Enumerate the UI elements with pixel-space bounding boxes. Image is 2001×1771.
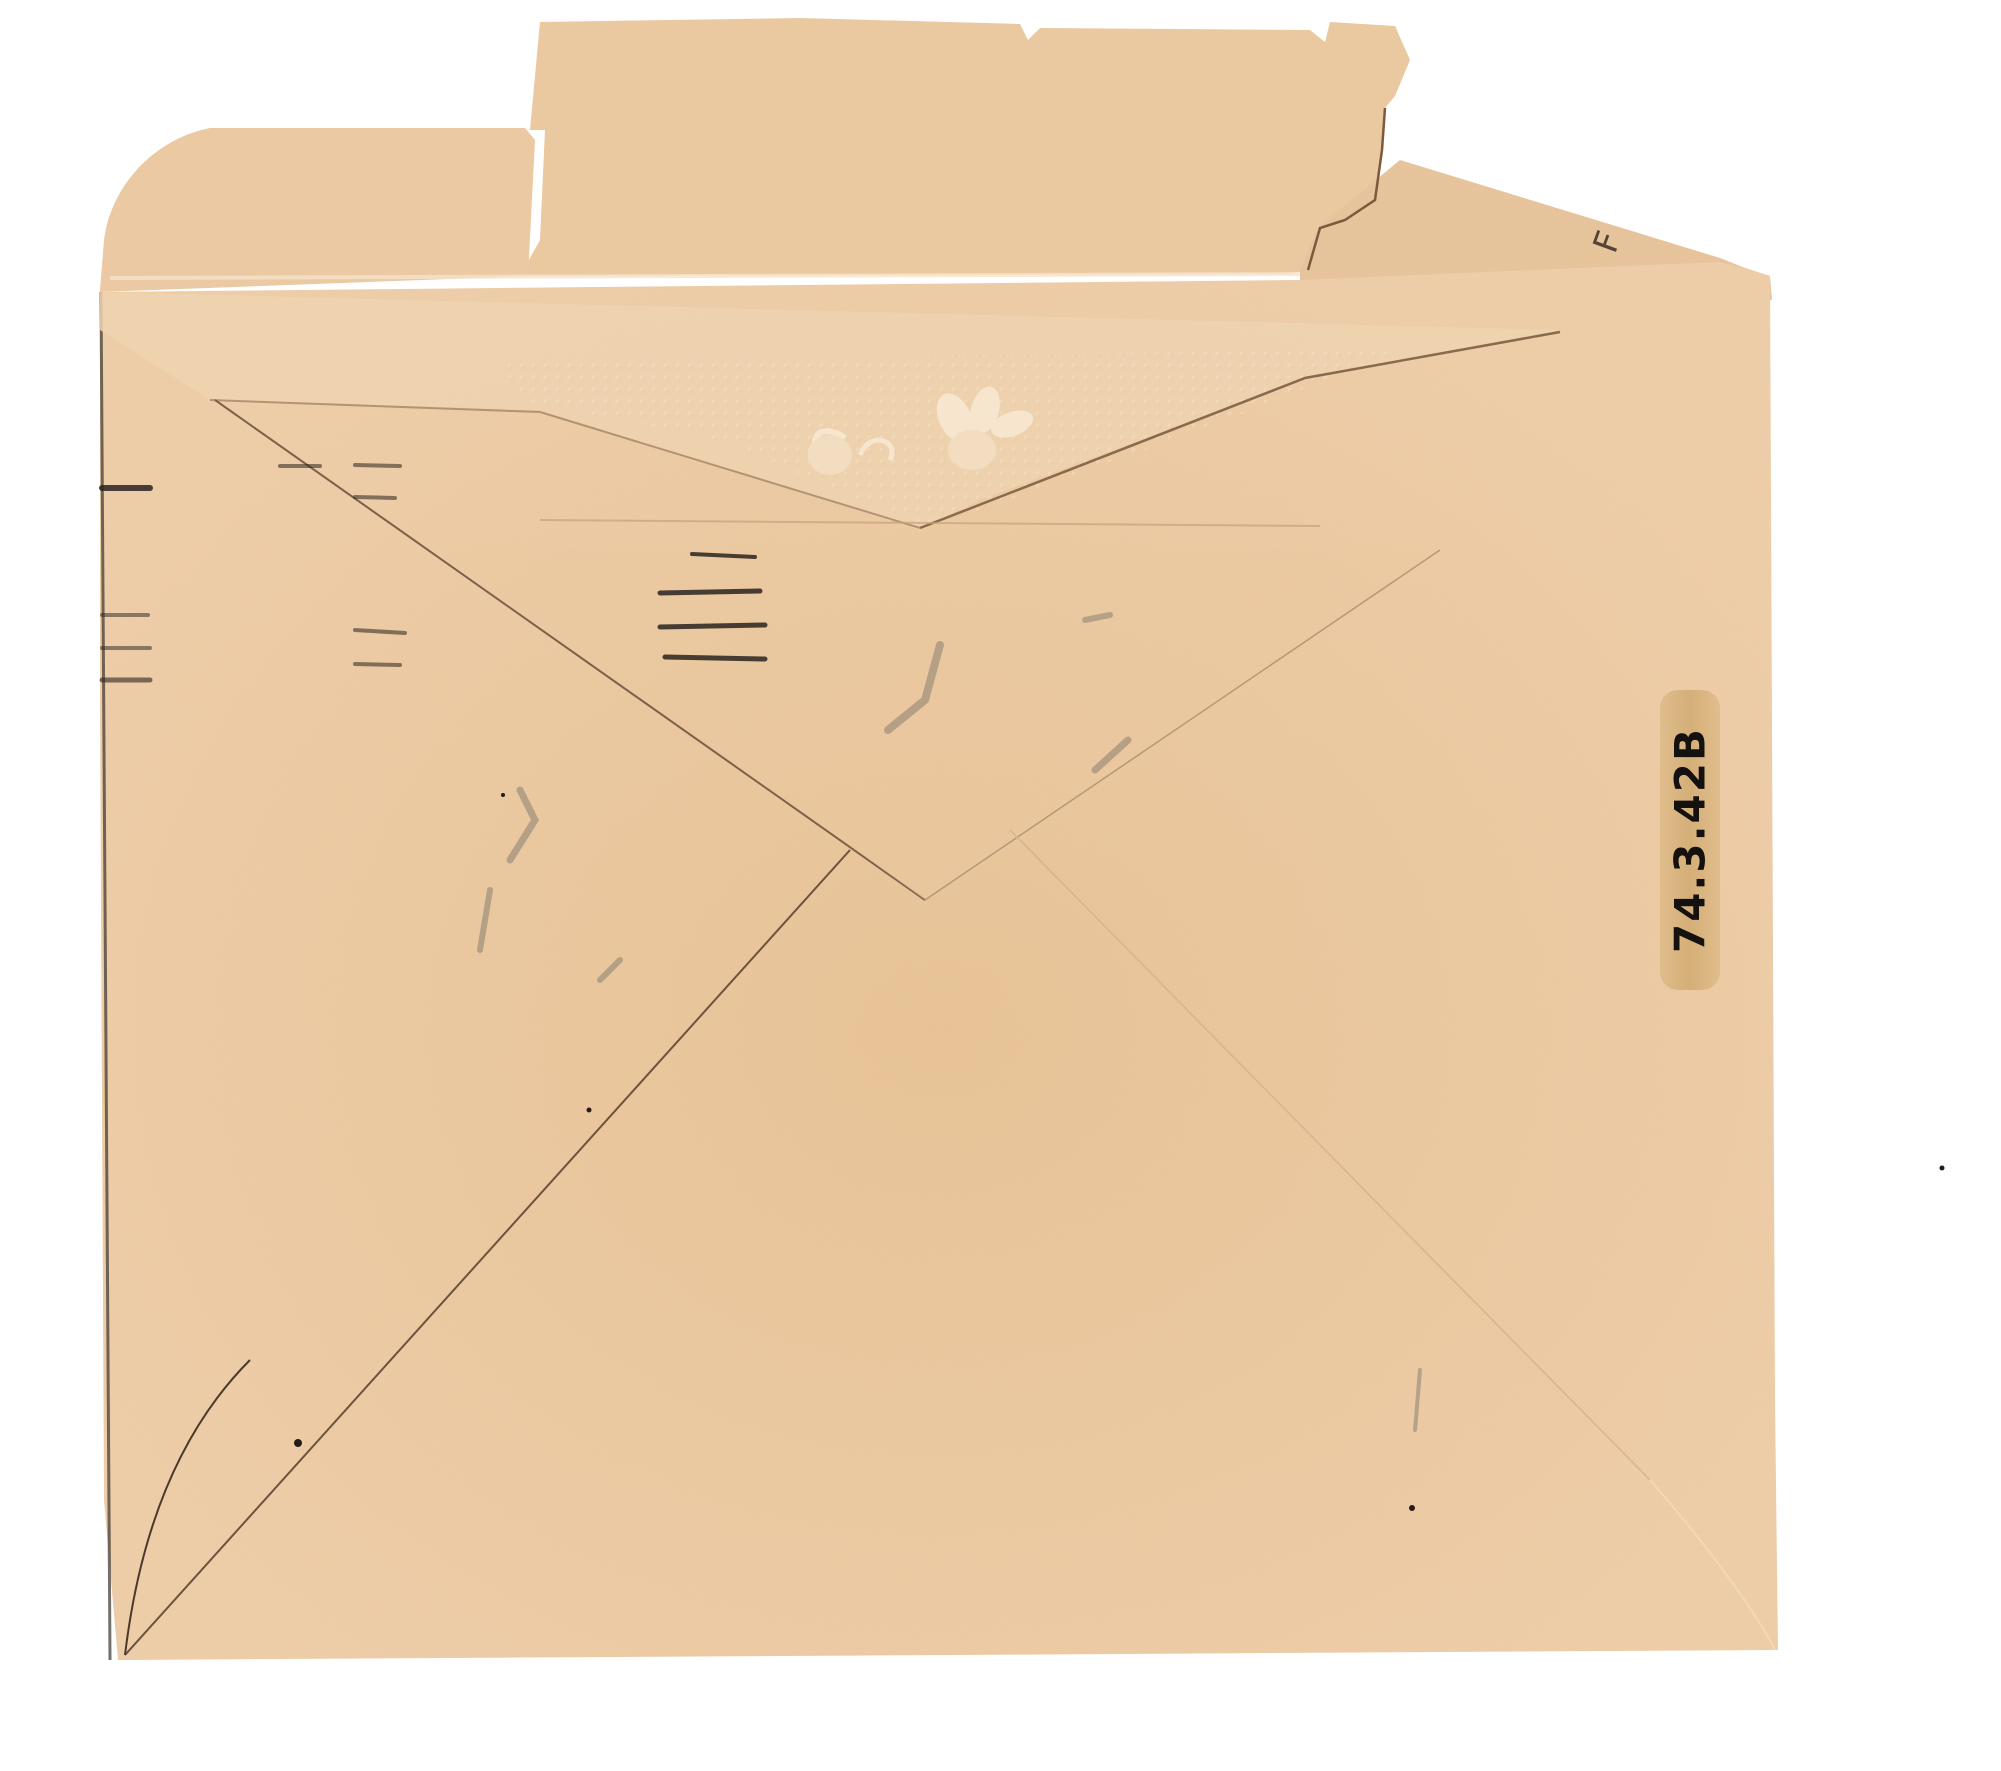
flap-left-wing bbox=[100, 128, 535, 292]
top-flap bbox=[100, 18, 1772, 300]
catalog-number: 74.3.42B bbox=[1666, 727, 1715, 953]
envelope-scan: 74.3.42B F bbox=[0, 0, 2001, 1771]
torn-flap-paper bbox=[520, 18, 1410, 276]
